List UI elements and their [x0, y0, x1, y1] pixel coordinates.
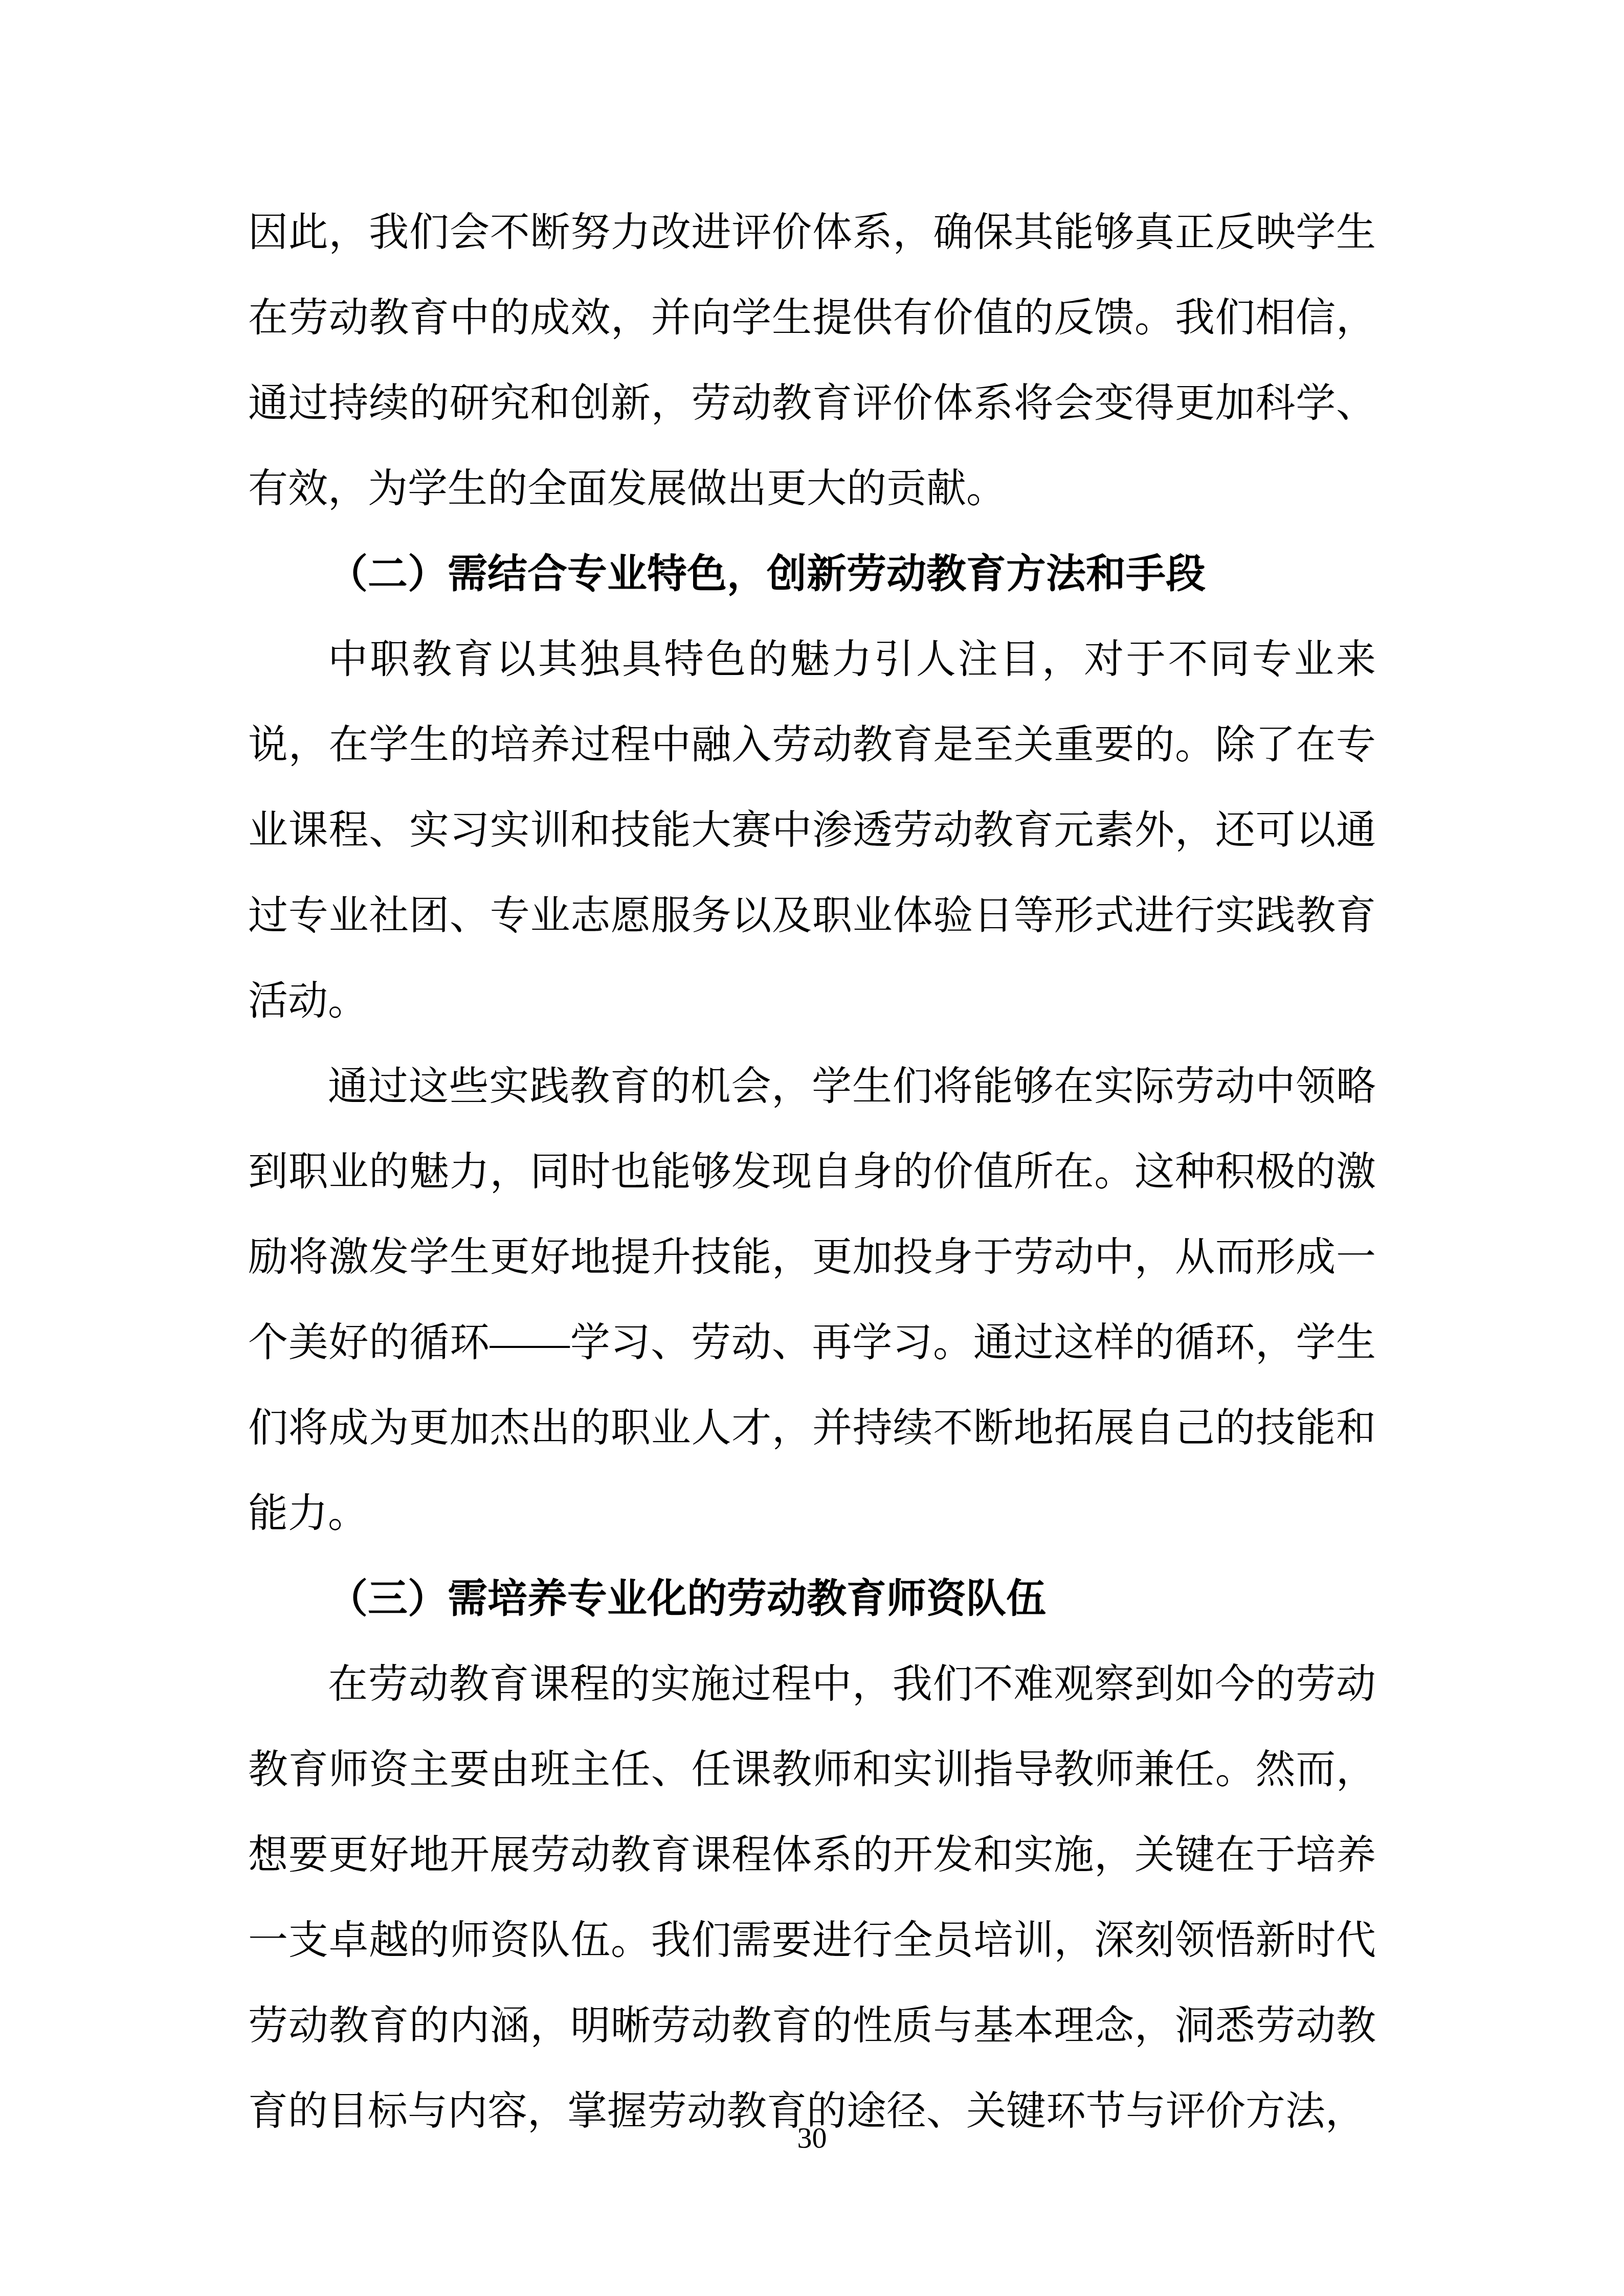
- section-heading-2: （二）需结合专业特色，创新劳动教育方法和手段: [248, 531, 1376, 617]
- paragraph-practice-education: 通过这些实践教育的机会，学生们将能够在实际劳动中领略到职业的魅力，同时也能够发现…: [248, 1044, 1376, 1556]
- document-page: 因此，我们会不断努力改进评价体系，确保其能够真正反映学生在劳动教育中的成效，并向…: [0, 0, 1624, 2296]
- page-number: 30: [0, 2122, 1624, 2154]
- document-body: 因此，我们会不断努力改进评价体系，确保其能够真正反映学生在劳动教育中的成效，并向…: [248, 190, 1376, 2154]
- paragraph-vocational-education: 中职教育以其独具特色的魅力引人注目，对于不同专业来说，在学生的培养过程中融入劳动…: [248, 617, 1376, 1044]
- paragraph-teacher-team: 在劳动教育课程的实施过程中，我们不难观察到如今的劳动教育师资主要由班主任、任课教…: [248, 1641, 1376, 2154]
- paragraph-evaluation-system: 因此，我们会不断努力改进评价体系，确保其能够真正反映学生在劳动教育中的成效，并向…: [248, 190, 1376, 531]
- section-heading-3: （三）需培养专业化的劳动教育师资队伍: [248, 1556, 1376, 1641]
